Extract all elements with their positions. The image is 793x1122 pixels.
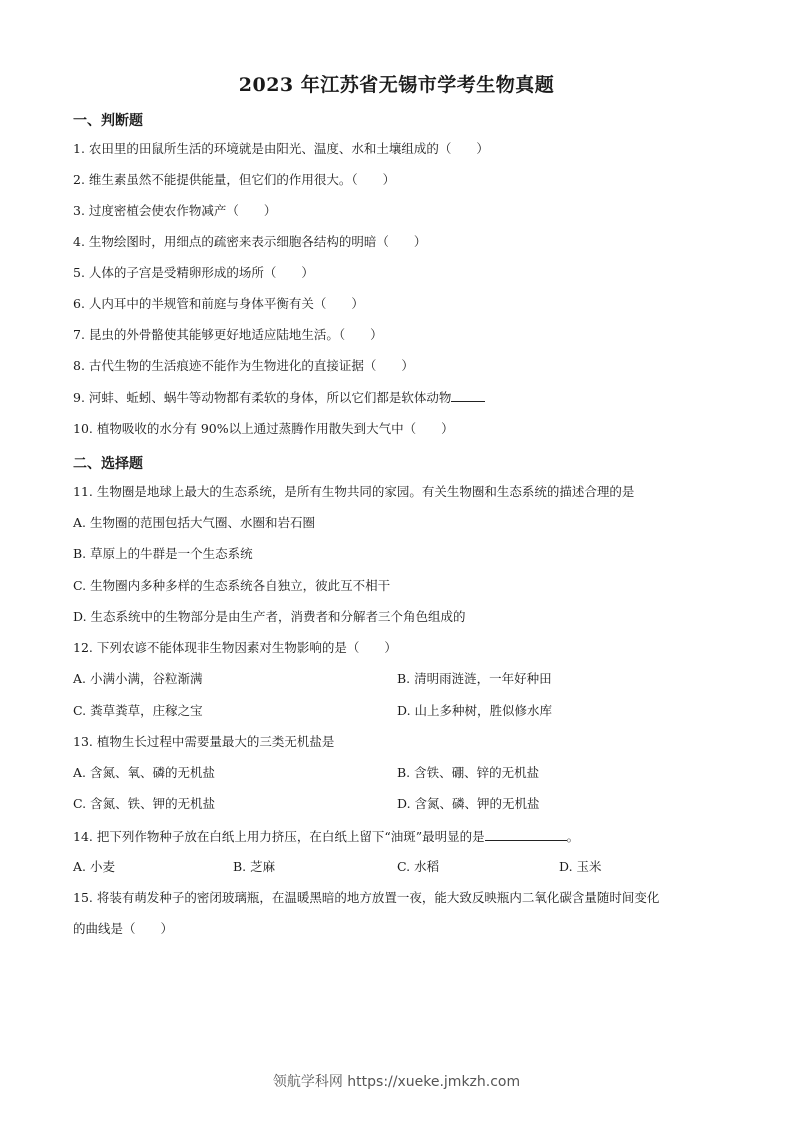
question-2: 2. 维生素虽然不能提供能量，但它们的作用很大。（ ） bbox=[73, 172, 395, 188]
question-14-option-a: A. 小麦 bbox=[73, 859, 115, 875]
question-13-option-a: A. 含氮、氧、磷的无机盐 bbox=[73, 765, 215, 781]
answer-blank bbox=[485, 828, 567, 841]
question-10: 10. 植物吸收的水分有 90%以上通过蒸腾作用散失到大气中（ ） bbox=[73, 421, 454, 437]
question-13-option-b: B. 含铁、硼、锌的无机盐 bbox=[397, 765, 539, 781]
question-number: 5. bbox=[73, 265, 85, 280]
question-text: 人内耳中的半规管和前庭与身体平衡有关（ ） bbox=[89, 296, 364, 311]
question-8: 8. 古代生物的生活痕迹不能作为生物进化的直接证据（ ） bbox=[73, 358, 414, 374]
section-heading-true-false: 一、判断题 bbox=[73, 110, 143, 130]
question-15-stem-line-2: 的曲线是（ ） bbox=[73, 921, 173, 937]
question-14-option-c: C. 水稻 bbox=[397, 859, 439, 875]
question-number: 9. bbox=[73, 390, 85, 405]
exam-page: 2023 年江苏省无锡市学考生物真题 一、判断题 1. 农田里的田鼠所生活的环境… bbox=[0, 0, 793, 1122]
question-number: 8. bbox=[73, 358, 85, 373]
question-1: 1. 农田里的田鼠所生活的环境就是由阳光、温度、水和土壤组成的（ ） bbox=[73, 141, 489, 157]
question-14-option-d: D. 玉米 bbox=[559, 859, 602, 875]
question-5: 5. 人体的子宫是受精卵形成的场所（ ） bbox=[73, 265, 314, 281]
question-13-option-d: D. 含氮、磷、钾的无机盐 bbox=[397, 796, 540, 812]
question-number: 7. bbox=[73, 327, 85, 342]
question-4: 4. 生物绘图时，用细点的疏密来表示细胞各结构的明暗（ ） bbox=[73, 234, 426, 250]
question-text: 农田里的田鼠所生活的环境就是由阳光、温度、水和土壤组成的（ ） bbox=[89, 141, 489, 156]
question-number: 1. bbox=[73, 141, 85, 156]
question-11-option-b: B. 草原上的牛群是一个生态系统 bbox=[73, 546, 253, 562]
question-12-option-c: C. 粪草粪草，庄稼之宝 bbox=[73, 703, 203, 719]
question-11-option-d: D. 生态系统中的生物部分是由生产者，消费者和分解者三个角色组成的 bbox=[73, 609, 466, 625]
question-text: 14. 把下列作物种子放在白纸上用力挤压，在白纸上留下“油斑”最明显的是 bbox=[73, 829, 485, 844]
question-number: 4. bbox=[73, 234, 85, 249]
question-13-stem: 13. 植物生长过程中需要量最大的三类无机盐是 bbox=[73, 734, 334, 750]
footer-watermark: 领航学科网 https://xueke.jmkzh.com bbox=[0, 1071, 793, 1091]
question-text: 人体的子宫是受精卵形成的场所（ ） bbox=[89, 265, 314, 280]
question-text: 生物绘图时，用细点的疏密来表示细胞各结构的明暗（ ） bbox=[89, 234, 427, 249]
question-text: 昆虫的外骨骼使其能够更好地适应陆地生活。（ ） bbox=[89, 327, 383, 342]
question-12-stem: 12. 下列农谚不能体现非生物因素对生物影响的是（ ） bbox=[73, 640, 397, 656]
question-14-option-b: B. 芝麻 bbox=[233, 859, 275, 875]
question-14-stem: 14. 把下列作物种子放在白纸上用力挤压，在白纸上留下“油斑”最明显的是。 bbox=[73, 828, 579, 845]
question-12-option-b: B. 清明雨涟涟，一年好种田 bbox=[397, 671, 552, 687]
question-9: 9. 河蚌、蚯蚓、蜗牛等动物都有柔软的身体，所以它们都是软体动物 bbox=[73, 389, 485, 406]
question-number: 3. bbox=[73, 203, 85, 218]
question-12-option-a: A. 小满小满，谷粒渐满 bbox=[73, 671, 202, 687]
question-6: 6. 人内耳中的半规管和前庭与身体平衡有关（ ） bbox=[73, 296, 364, 312]
question-11-stem: 11. 生物圈是地球上最大的生态系统，是所有生物共同的家园。有关生物圈和生态系统… bbox=[73, 484, 634, 500]
answer-blank bbox=[451, 389, 485, 402]
punctuation: 。 bbox=[567, 829, 580, 844]
question-number: 10. bbox=[73, 421, 93, 436]
question-number: 2. bbox=[73, 172, 85, 187]
question-12-option-d: D. 山上多种树，胜似修水库 bbox=[397, 703, 552, 719]
question-text: 河蚌、蚯蚓、蜗牛等动物都有柔软的身体，所以它们都是软体动物 bbox=[89, 390, 452, 405]
question-text: 过度密植会使农作物减产（ ） bbox=[89, 203, 277, 218]
document-title: 2023 年江苏省无锡市学考生物真题 bbox=[0, 70, 793, 97]
question-11-option-c: C. 生物圈内多种多样的生态系统各自独立，彼此互不相干 bbox=[73, 578, 390, 594]
question-text: 古代生物的生活痕迹不能作为生物进化的直接证据（ ） bbox=[89, 358, 414, 373]
question-text: 植物吸收的水分有 90%以上通过蒸腾作用散失到大气中（ ） bbox=[97, 421, 454, 436]
question-number: 6. bbox=[73, 296, 85, 311]
question-11-option-a: A. 生物圈的范围包括大气圈、水圈和岩石圈 bbox=[73, 515, 315, 531]
question-3: 3. 过度密植会使农作物减产（ ） bbox=[73, 203, 276, 219]
question-text: 维生素虽然不能提供能量，但它们的作用很大。（ ） bbox=[89, 172, 395, 187]
question-7: 7. 昆虫的外骨骼使其能够更好地适应陆地生活。（ ） bbox=[73, 327, 383, 343]
question-13-option-c: C. 含氮、铁、钾的无机盐 bbox=[73, 796, 215, 812]
section-heading-multiple-choice: 二、选择题 bbox=[73, 453, 143, 473]
question-15-stem-line-1: 15. 将装有萌发种子的密闭玻璃瓶，在温暖黑暗的地方放置一夜，能大致反映瓶内二氧… bbox=[73, 890, 659, 906]
